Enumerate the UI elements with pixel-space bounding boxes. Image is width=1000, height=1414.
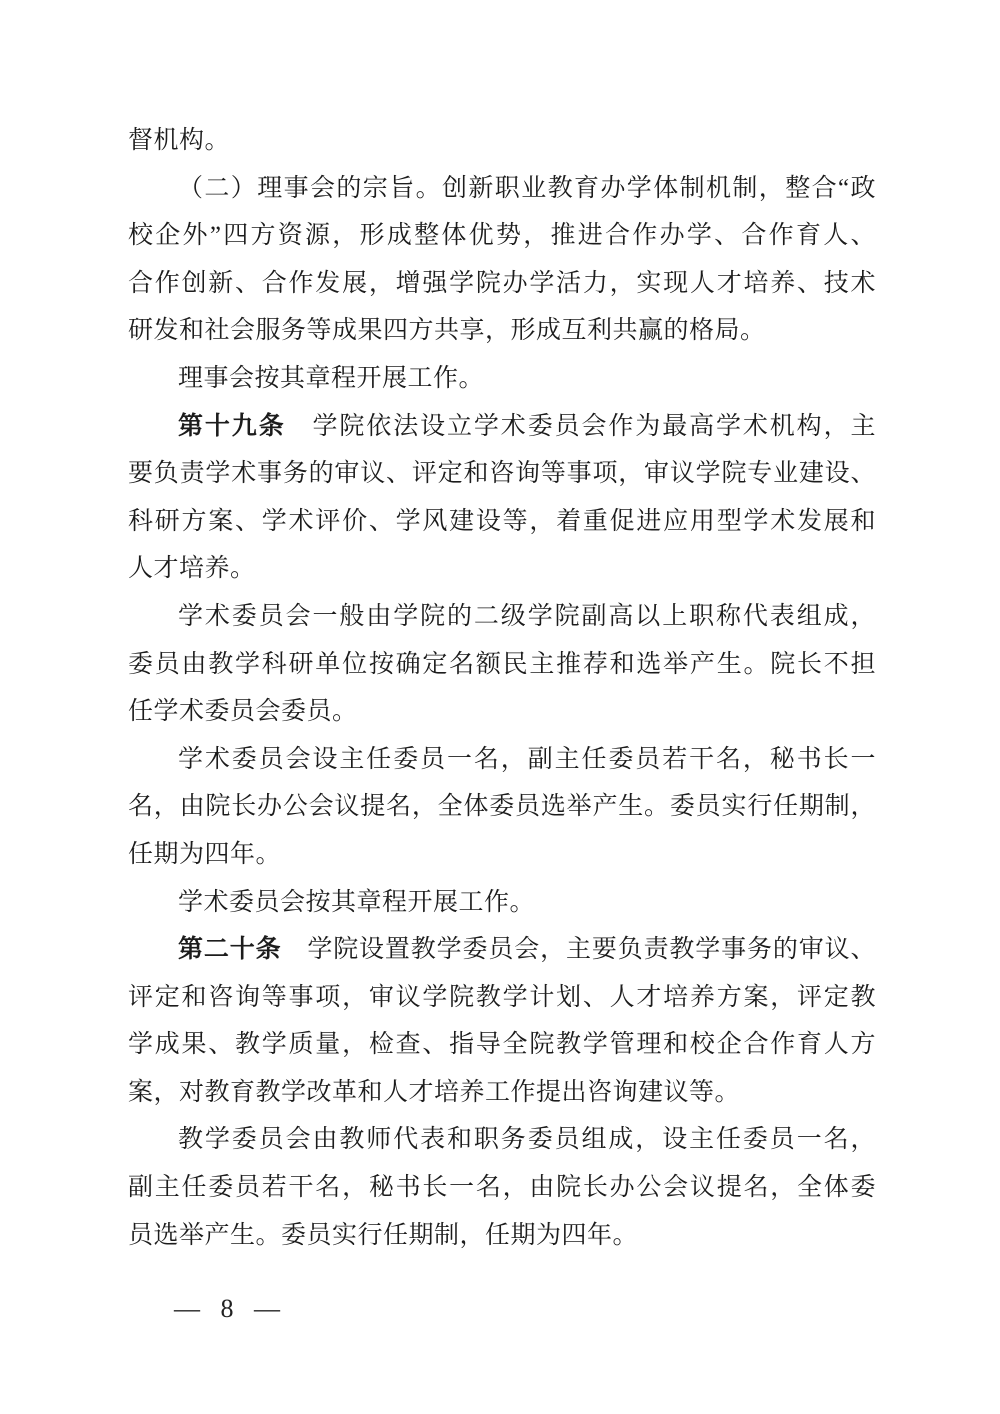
article-20-number: 第二十条 (178, 936, 281, 963)
text-line: 合作创新、合作发展，增强学院办学活力，实现人才培养、技术 (128, 260, 876, 308)
text-line: 研发和社会服务等成果四方共享，形成互利共赢的格局。 (128, 307, 876, 355)
text-line: 学术委员会按其章程开展工作。 (128, 879, 876, 927)
text-line: 第十九条 学院依法设立学术委员会作为最高学术机构，主 (128, 403, 876, 451)
text-line: 员选举产生。委员实行任期制，任期为四年。 (128, 1212, 876, 1260)
text-line: 督机构。 (128, 117, 876, 165)
text-line: 任学术委员会委员。 (128, 688, 876, 736)
text-line: 评定和咨询等事项，审议学院教学计划、人才培养方案，评定教 (128, 974, 876, 1022)
text-line: 理事会按其章程开展工作。 (128, 355, 876, 403)
text-line: 校企外”四方资源，形成整体优势，推进合作办学、合作育人、 (128, 212, 876, 260)
document-page: 督机构。 （二）理事会的宗旨。创新职业教育办学体制机制，整合“政 校企外”四方资… (0, 0, 1000, 1414)
text-line: 名，由院长办公会议提名，全体委员选举产生。委员实行任期制， (128, 783, 876, 831)
text-line: 教学委员会由教师代表和职务委员组成，设主任委员一名， (128, 1116, 876, 1164)
page-number: — 8 — (174, 1294, 287, 1324)
text-line: 第二十条 学院设置教学委员会，主要负责教学事务的审议、 (128, 926, 876, 974)
text-line: 委员由教学科研单位按确定名额民主推荐和选举产生。院长不担 (128, 641, 876, 689)
text-line: 科研方案、学术评价、学风建设等，着重促进应用型学术发展和 (128, 498, 876, 546)
text-line: 副主任委员若干名，秘书长一名，由院长办公会议提名，全体委 (128, 1164, 876, 1212)
text-line: 学术委员会一般由学院的二级学院副高以上职称代表组成， (128, 593, 876, 641)
text-line: 学术委员会设主任委员一名，副主任委员若干名，秘书长一 (128, 736, 876, 784)
text-line: 学成果、教学质量，检查、指导全院教学管理和校企合作育人方 (128, 1021, 876, 1069)
text-line: 任期为四年。 (128, 831, 876, 879)
text-line: 要负责学术事务的审议、评定和咨询等事项，审议学院专业建设、 (128, 450, 876, 498)
article-19-number: 第十九条 (178, 413, 286, 440)
article-19-lead-text: 学院依法设立学术委员会作为最高学术机构，主 (286, 413, 876, 440)
text-line: （二）理事会的宗旨。创新职业教育办学体制机制，整合“政 (128, 165, 876, 213)
text-line: 案，对教育教学改革和人才培养工作提出咨询建议等。 (128, 1069, 876, 1117)
document-text-block: 督机构。 （二）理事会的宗旨。创新职业教育办学体制机制，整合“政 校企外”四方资… (128, 117, 876, 1259)
text-line: 人才培养。 (128, 545, 876, 593)
article-20-lead-text: 学院设置教学委员会，主要负责教学事务的审议、 (281, 936, 876, 963)
